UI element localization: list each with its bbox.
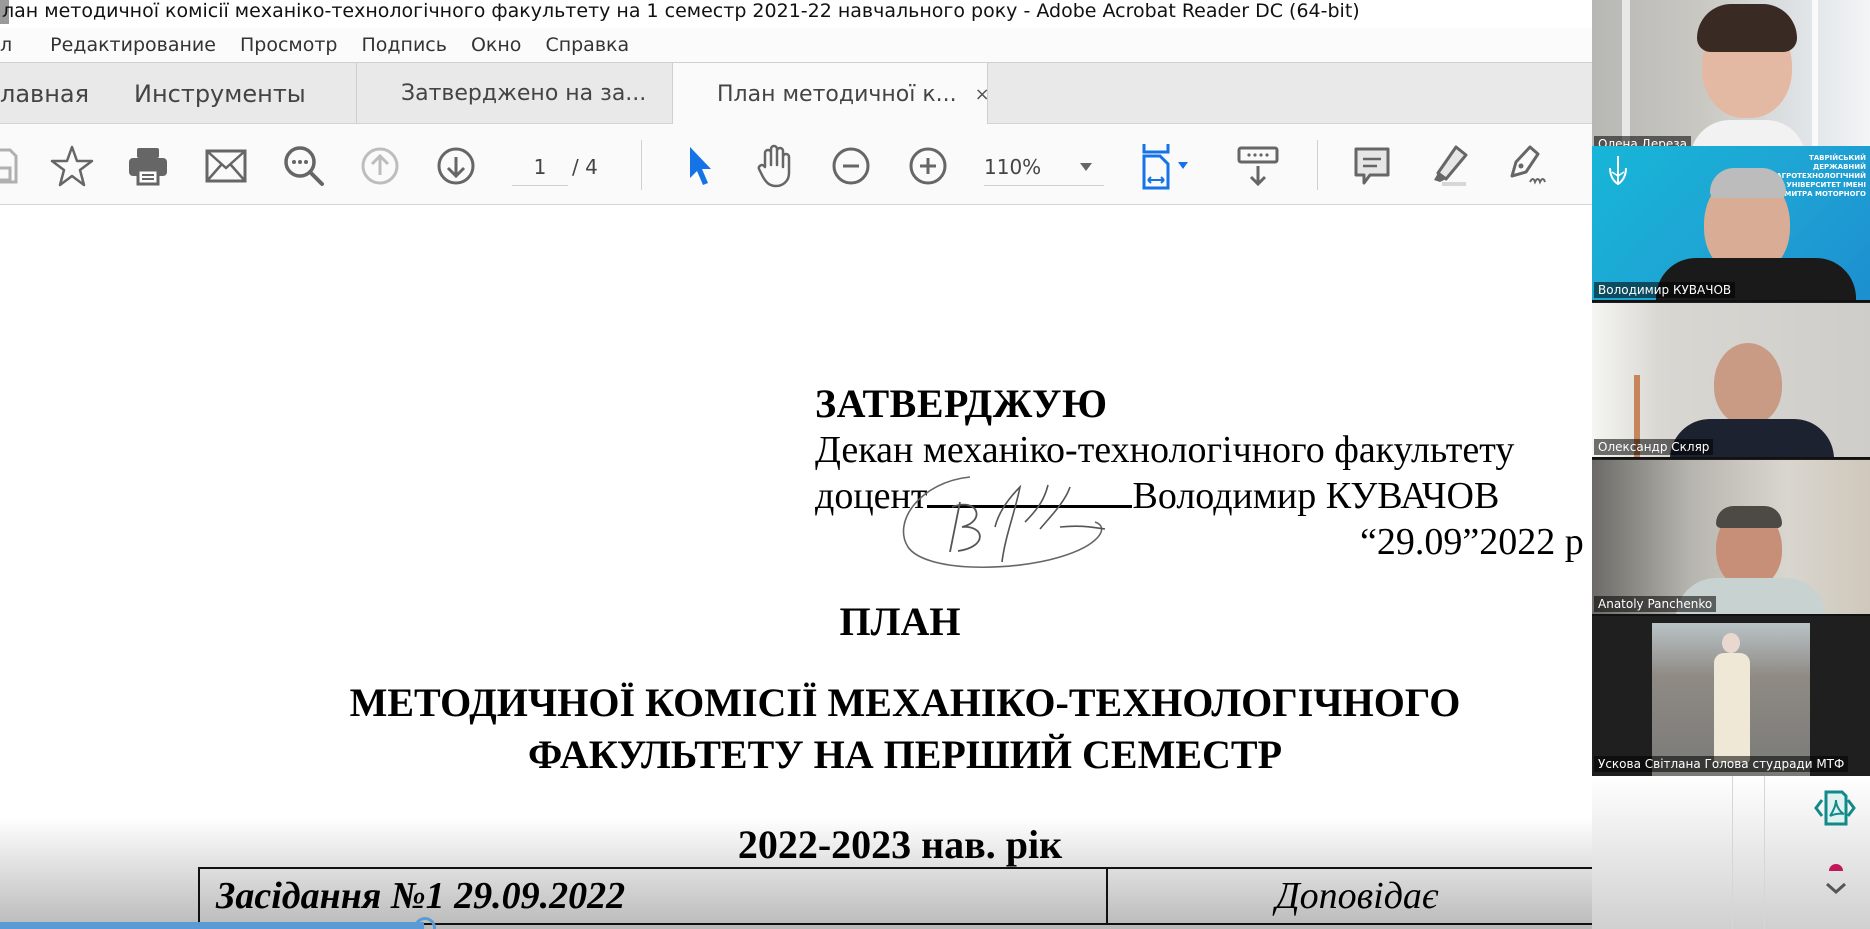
participant-name: Anatoly Panchenko bbox=[1594, 596, 1716, 612]
previous-page-button[interactable] bbox=[356, 142, 404, 190]
email-icon bbox=[205, 149, 247, 183]
scroll-position-marker bbox=[1829, 864, 1843, 871]
page-total: / 4 bbox=[572, 148, 598, 186]
chevron-down-icon[interactable] bbox=[1824, 876, 1848, 900]
zoom-level-value: 110% bbox=[984, 148, 1041, 186]
chevron-down-icon bbox=[1080, 163, 1092, 171]
hand-tool-button[interactable] bbox=[751, 142, 799, 190]
expand-pdf-panel-icon[interactable] bbox=[1814, 788, 1856, 828]
bookmark-star-icon bbox=[50, 144, 94, 188]
approval-name: Володимир КУВАЧОВ bbox=[1132, 475, 1499, 517]
scroll-mode-icon bbox=[1237, 144, 1279, 188]
handwritten-signature bbox=[890, 467, 1150, 577]
plan-table: Засідання №1 29.09.2022 Доповідає bbox=[198, 867, 1592, 925]
plan-title: ПЛАН bbox=[0, 598, 1592, 645]
find-text-icon bbox=[282, 144, 326, 188]
menu-edit[interactable]: Редактирование bbox=[24, 34, 228, 56]
right-tools-rail bbox=[1592, 776, 1870, 929]
scroll-mode-button[interactable] bbox=[1234, 142, 1282, 190]
participant-tile[interactable]: Олександр Скляр bbox=[1592, 303, 1870, 459]
participant-name: Олександр Скляр bbox=[1594, 439, 1713, 455]
zoom-out-icon bbox=[831, 146, 871, 186]
menu-help[interactable]: Справка bbox=[533, 34, 641, 56]
meeting-header-cell: Засідання №1 29.09.2022 bbox=[199, 868, 1107, 924]
academic-year: 2022-2023 нав. рік bbox=[0, 821, 1592, 868]
save-button[interactable] bbox=[0, 142, 26, 190]
tab-document-approved-label: Затверджено на за... bbox=[401, 81, 646, 106]
tab-document-approved[interactable]: Затверджено на за... bbox=[356, 63, 672, 124]
next-page-button[interactable] bbox=[432, 142, 480, 190]
select-cursor-icon bbox=[684, 144, 714, 188]
menu-window[interactable]: Окно bbox=[459, 34, 533, 56]
highlight-button[interactable] bbox=[1424, 142, 1472, 190]
find-text-button[interactable] bbox=[280, 142, 328, 190]
toolbar-separator bbox=[1317, 140, 1318, 190]
plan-subtitle-line1: МЕТОДИЧНОЇ КОМІСІЇ МЕХАНІКО-ТЕХНОЛОГІЧНО… bbox=[0, 677, 1592, 729]
tab-row: лавная Инструменты Затверджено на за... … bbox=[0, 62, 1592, 124]
sign-icon bbox=[1504, 144, 1548, 188]
highlight-icon bbox=[1426, 144, 1470, 188]
save-icon bbox=[0, 146, 20, 186]
menu-sign[interactable]: Подпись bbox=[349, 34, 458, 56]
next-page-icon bbox=[436, 146, 476, 186]
fit-page-icon bbox=[1138, 142, 1198, 190]
rail-divider bbox=[1764, 776, 1765, 929]
plan-subtitle-line2: ФАКУЛЬТЕТУ НА ПЕРШИЙ СЕМЕСТР bbox=[0, 729, 1592, 781]
zoom-in-button[interactable] bbox=[904, 142, 952, 190]
tab-tools[interactable]: Инструменты bbox=[134, 63, 306, 124]
email-button[interactable] bbox=[202, 142, 250, 190]
participant-tile[interactable]: Ускова Світлана Голова студради МТФ bbox=[1592, 617, 1870, 776]
page-number-input[interactable]: 1 bbox=[512, 148, 568, 186]
close-tab-icon[interactable]: × bbox=[975, 84, 990, 105]
window-title: лан методичної комісії механіко-технолог… bbox=[2, 0, 1360, 22]
approval-heading: ЗАТВЕРДЖУЮ bbox=[815, 381, 1514, 427]
window-title-bar: лан методичної комісії механіко-технолог… bbox=[0, 0, 1592, 24]
video-call-panel: Олена Дереза ТАВРІЙСЬКИЙ ДЕРЖАВНИЙ АГРОТ… bbox=[1592, 0, 1870, 776]
menu-view[interactable]: Просмотр bbox=[228, 34, 350, 56]
hand-tool-icon bbox=[755, 143, 795, 189]
participant-tile[interactable]: ТАВРІЙСЬКИЙ ДЕРЖАВНИЙ АГРОТЕХНОЛОГІЧНИЙ … bbox=[1592, 146, 1870, 302]
previous-page-icon bbox=[360, 146, 400, 186]
toolbar-separator bbox=[641, 140, 642, 190]
print-button[interactable] bbox=[124, 142, 172, 190]
toolbar: 1 / 4 110% bbox=[0, 124, 1592, 205]
select-tool-button[interactable] bbox=[675, 142, 723, 190]
tab-home[interactable]: лавная bbox=[0, 63, 89, 124]
print-icon bbox=[127, 146, 169, 186]
participant-name: Ускова Світлана Голова студради МТФ bbox=[1594, 756, 1848, 772]
fit-page-button[interactable] bbox=[1136, 142, 1200, 190]
comment-button[interactable] bbox=[1348, 142, 1396, 190]
rail-divider bbox=[1732, 776, 1733, 929]
tab-document-plan[interactable]: План методичної к... × bbox=[672, 63, 988, 125]
table-header-row: Засідання №1 29.09.2022 Доповідає bbox=[199, 868, 1592, 924]
participant-tile[interactable]: Anatoly Panchenko bbox=[1592, 460, 1870, 616]
tab-document-plan-label: План методичної к... bbox=[717, 82, 957, 107]
zoom-in-icon bbox=[908, 146, 948, 186]
approval-date: “29.09”2022 р bbox=[1360, 519, 1584, 565]
zoom-out-button[interactable] bbox=[827, 142, 875, 190]
sign-button[interactable] bbox=[1502, 142, 1550, 190]
participant-name: Володимир КУВАЧОВ bbox=[1594, 282, 1735, 298]
university-logo-icon bbox=[1606, 154, 1630, 194]
participant-tile[interactable]: Олена Дереза bbox=[1592, 0, 1870, 156]
menu-bar: л Редактирование Просмотр Подпись Окно С… bbox=[0, 28, 1592, 62]
document-viewport[interactable]: ЗАТВЕРДЖУЮ Декан механіко-технологічного… bbox=[0, 205, 1592, 929]
comment-icon bbox=[1352, 145, 1392, 187]
speaker-header-cell: Доповідає bbox=[1107, 868, 1592, 924]
progress-strip bbox=[0, 922, 424, 929]
menu-file[interactable]: л bbox=[0, 34, 24, 56]
plan-subtitle: МЕТОДИЧНОЇ КОМІСІЇ МЕХАНІКО-ТЕХНОЛОГІЧНО… bbox=[0, 677, 1592, 781]
bookmark-button[interactable] bbox=[48, 142, 96, 190]
zoom-level-select[interactable]: 110% bbox=[984, 148, 1104, 186]
